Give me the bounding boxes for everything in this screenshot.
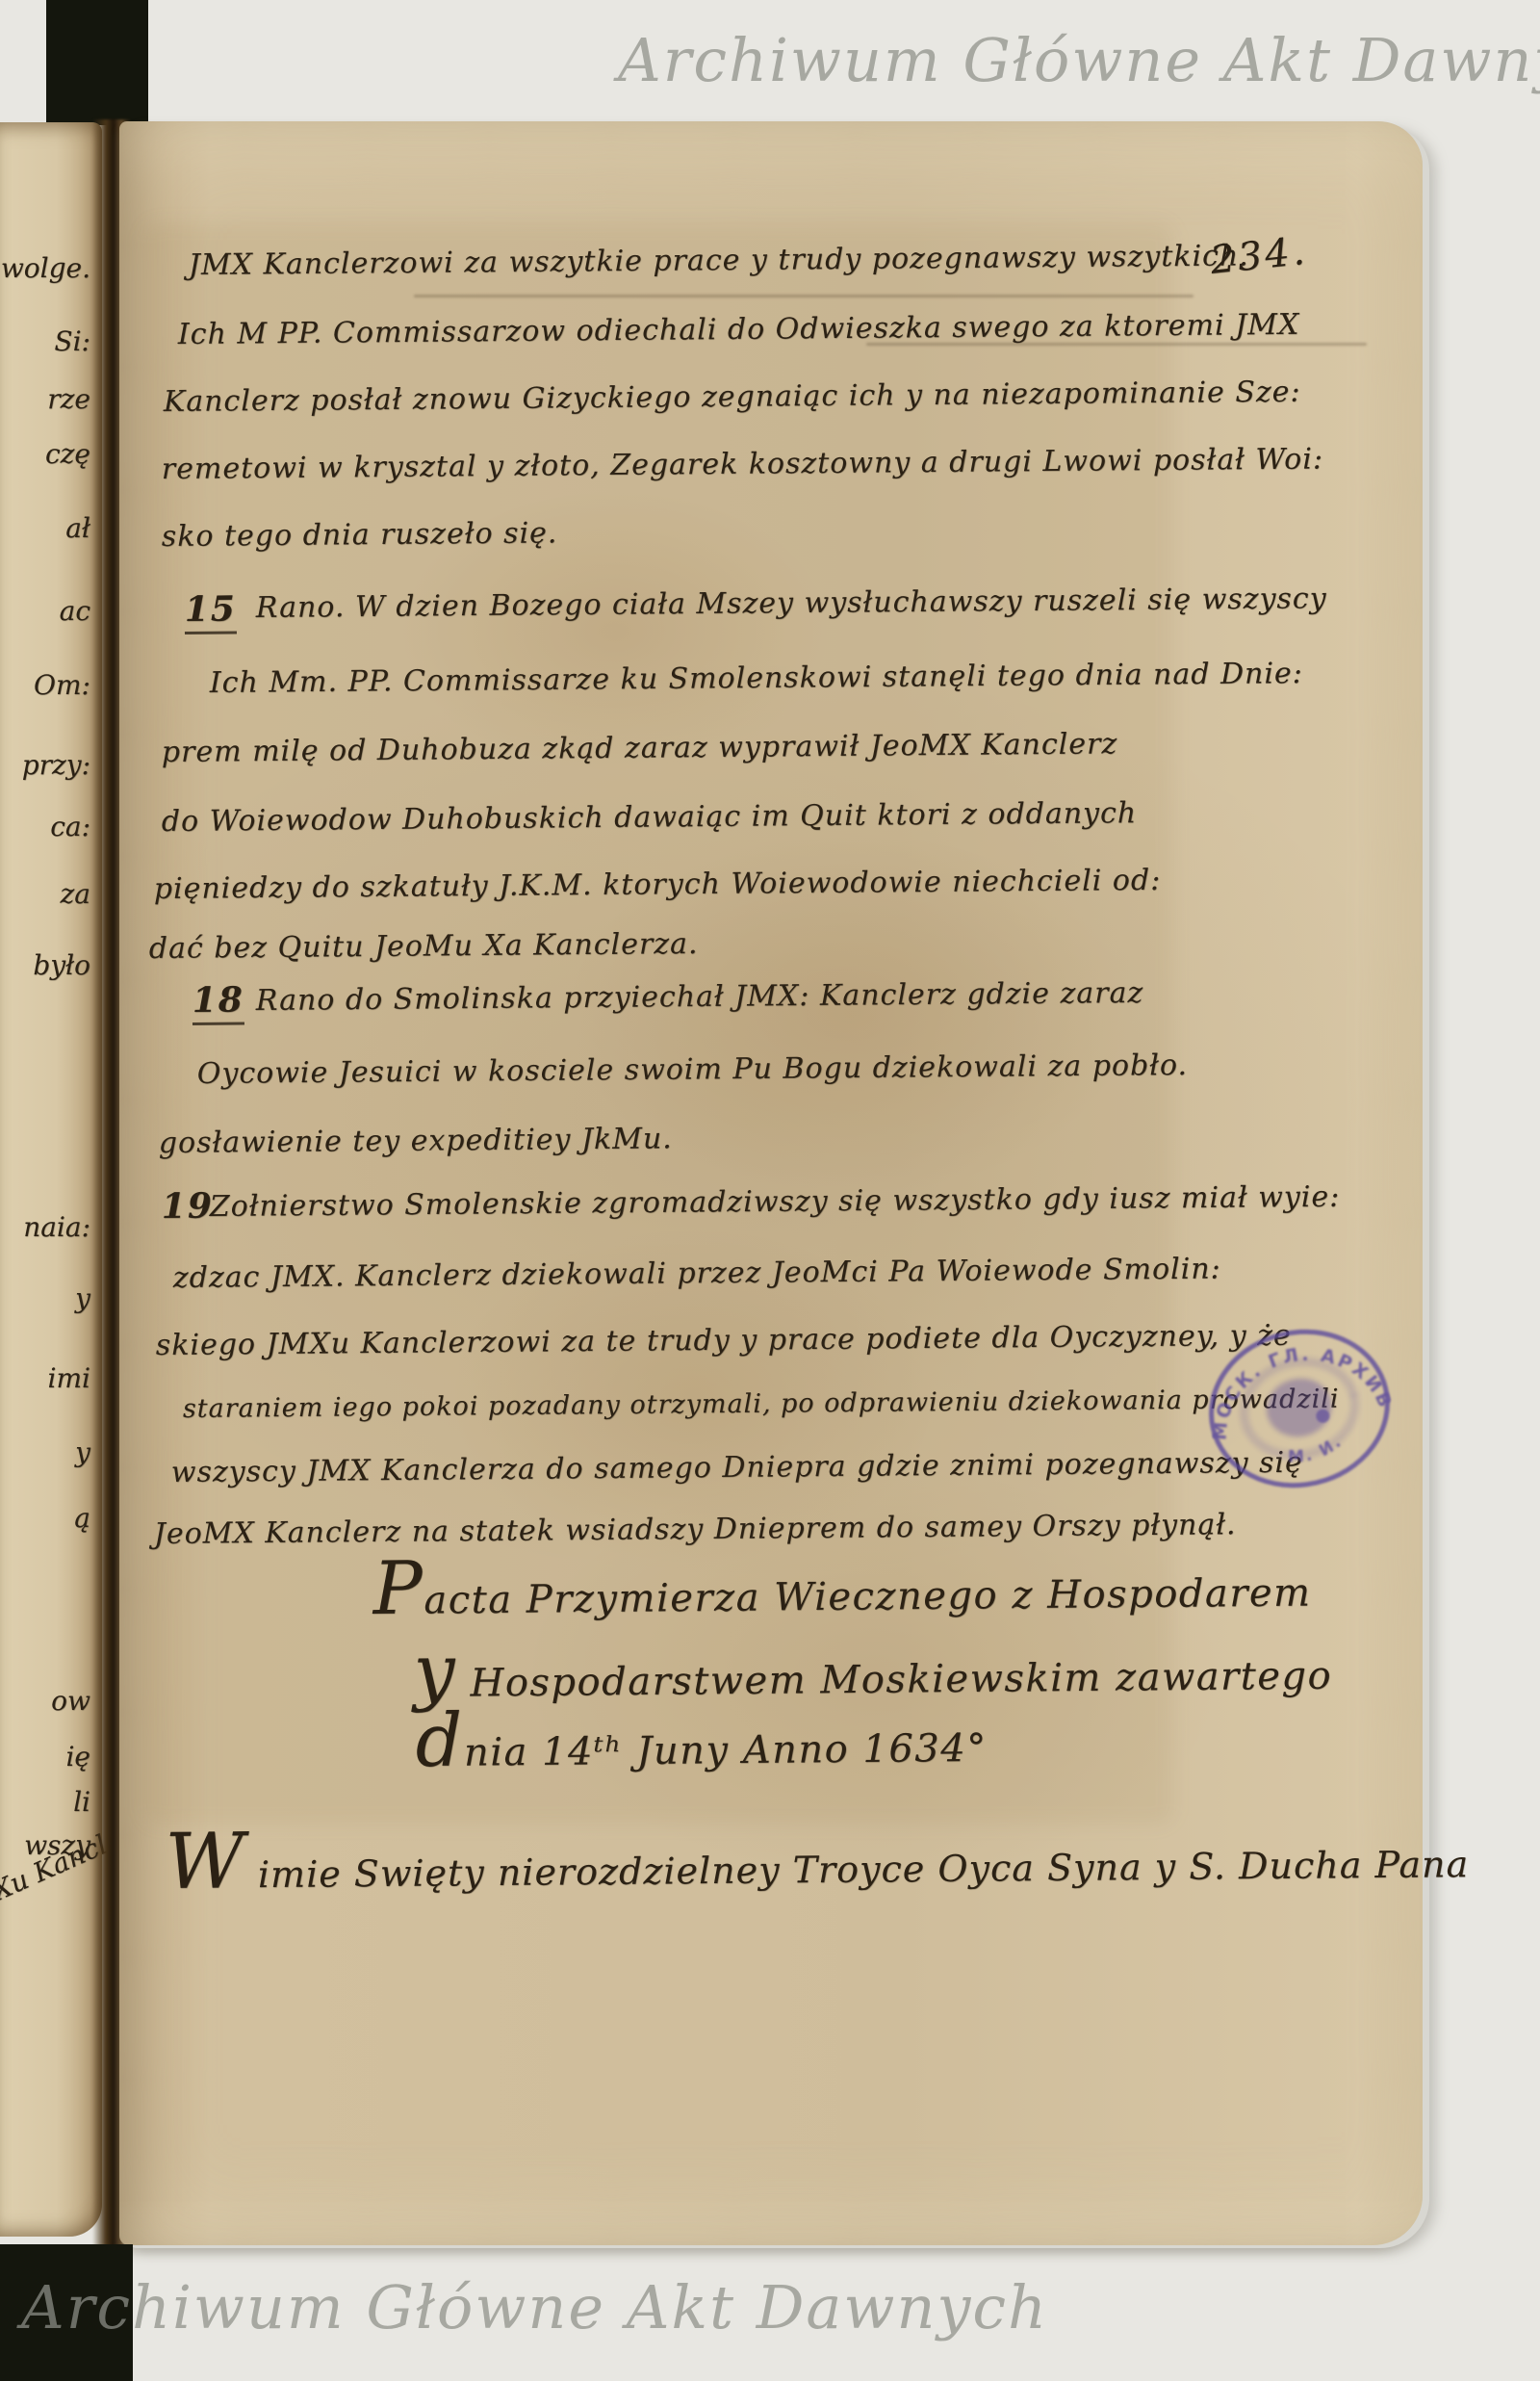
prev-page-fragment: czę	[0, 438, 92, 470]
prev-page-fragment: ow	[0, 1685, 92, 1717]
prev-page-fragment: ac	[0, 595, 92, 627]
manuscript-line: sko tego dnia ruszeło się.	[162, 516, 558, 554]
prev-page-fragment: y	[0, 1436, 92, 1468]
archive-watermark-bottom: Archiwum Główne Akt Dawnych	[21, 2272, 1048, 2342]
prev-page-fragment: naia:	[0, 1211, 92, 1243]
archive-watermark-top: Archiwum Główne Akt Dawnych	[618, 25, 1540, 95]
prev-page-fragment: ię	[0, 1741, 92, 1773]
ink-smudge	[414, 295, 1193, 298]
prev-page-fragment: y	[0, 1282, 92, 1314]
treaty-heading-line: y Hospodarstwem Moskiewskim zawartego	[414, 1654, 1333, 1706]
prev-page-fragment: ał	[0, 512, 92, 544]
margin-day-number: 15	[185, 589, 238, 634]
prev-page-fragment: przy:	[0, 749, 92, 781]
prev-page-fragment: ą	[0, 1502, 92, 1534]
manuscript-line: gosławienie tey expeditiey JkMu.	[159, 1122, 673, 1160]
margin-day-number: 19	[162, 1186, 214, 1227]
stamp-eagle-emblem	[1261, 1372, 1338, 1443]
treaty-heading-line: Pacta Przymierza Wiecznego z Hospodarem	[373, 1570, 1312, 1623]
treaty-heading-line: dnia 14ᵗʰ Juny Anno 1634°	[416, 1726, 988, 1775]
binding-tape-top	[46, 0, 148, 125]
prev-page-fragment: za	[0, 878, 92, 910]
prev-page-fragment: rze	[0, 383, 92, 415]
prev-page-fragment: ca:	[0, 811, 92, 842]
prev-page-fragment: Om:	[0, 669, 92, 701]
prev-page-fragment: li	[0, 1786, 92, 1818]
prev-page-fragment: było	[0, 949, 92, 981]
prev-page-fragment: Si:	[0, 325, 92, 357]
archival-scan-viewer: { "watermarks": { "top": "Archiwum Główn…	[0, 0, 1540, 2381]
prev-page-fragment: wolge.	[0, 252, 92, 284]
margin-day-number: 18	[192, 980, 245, 1025]
prev-page-fragment: imi	[0, 1362, 92, 1394]
manuscript-line: dać bez Quitu JeoMu Xa Kanclerza.	[149, 927, 699, 966]
